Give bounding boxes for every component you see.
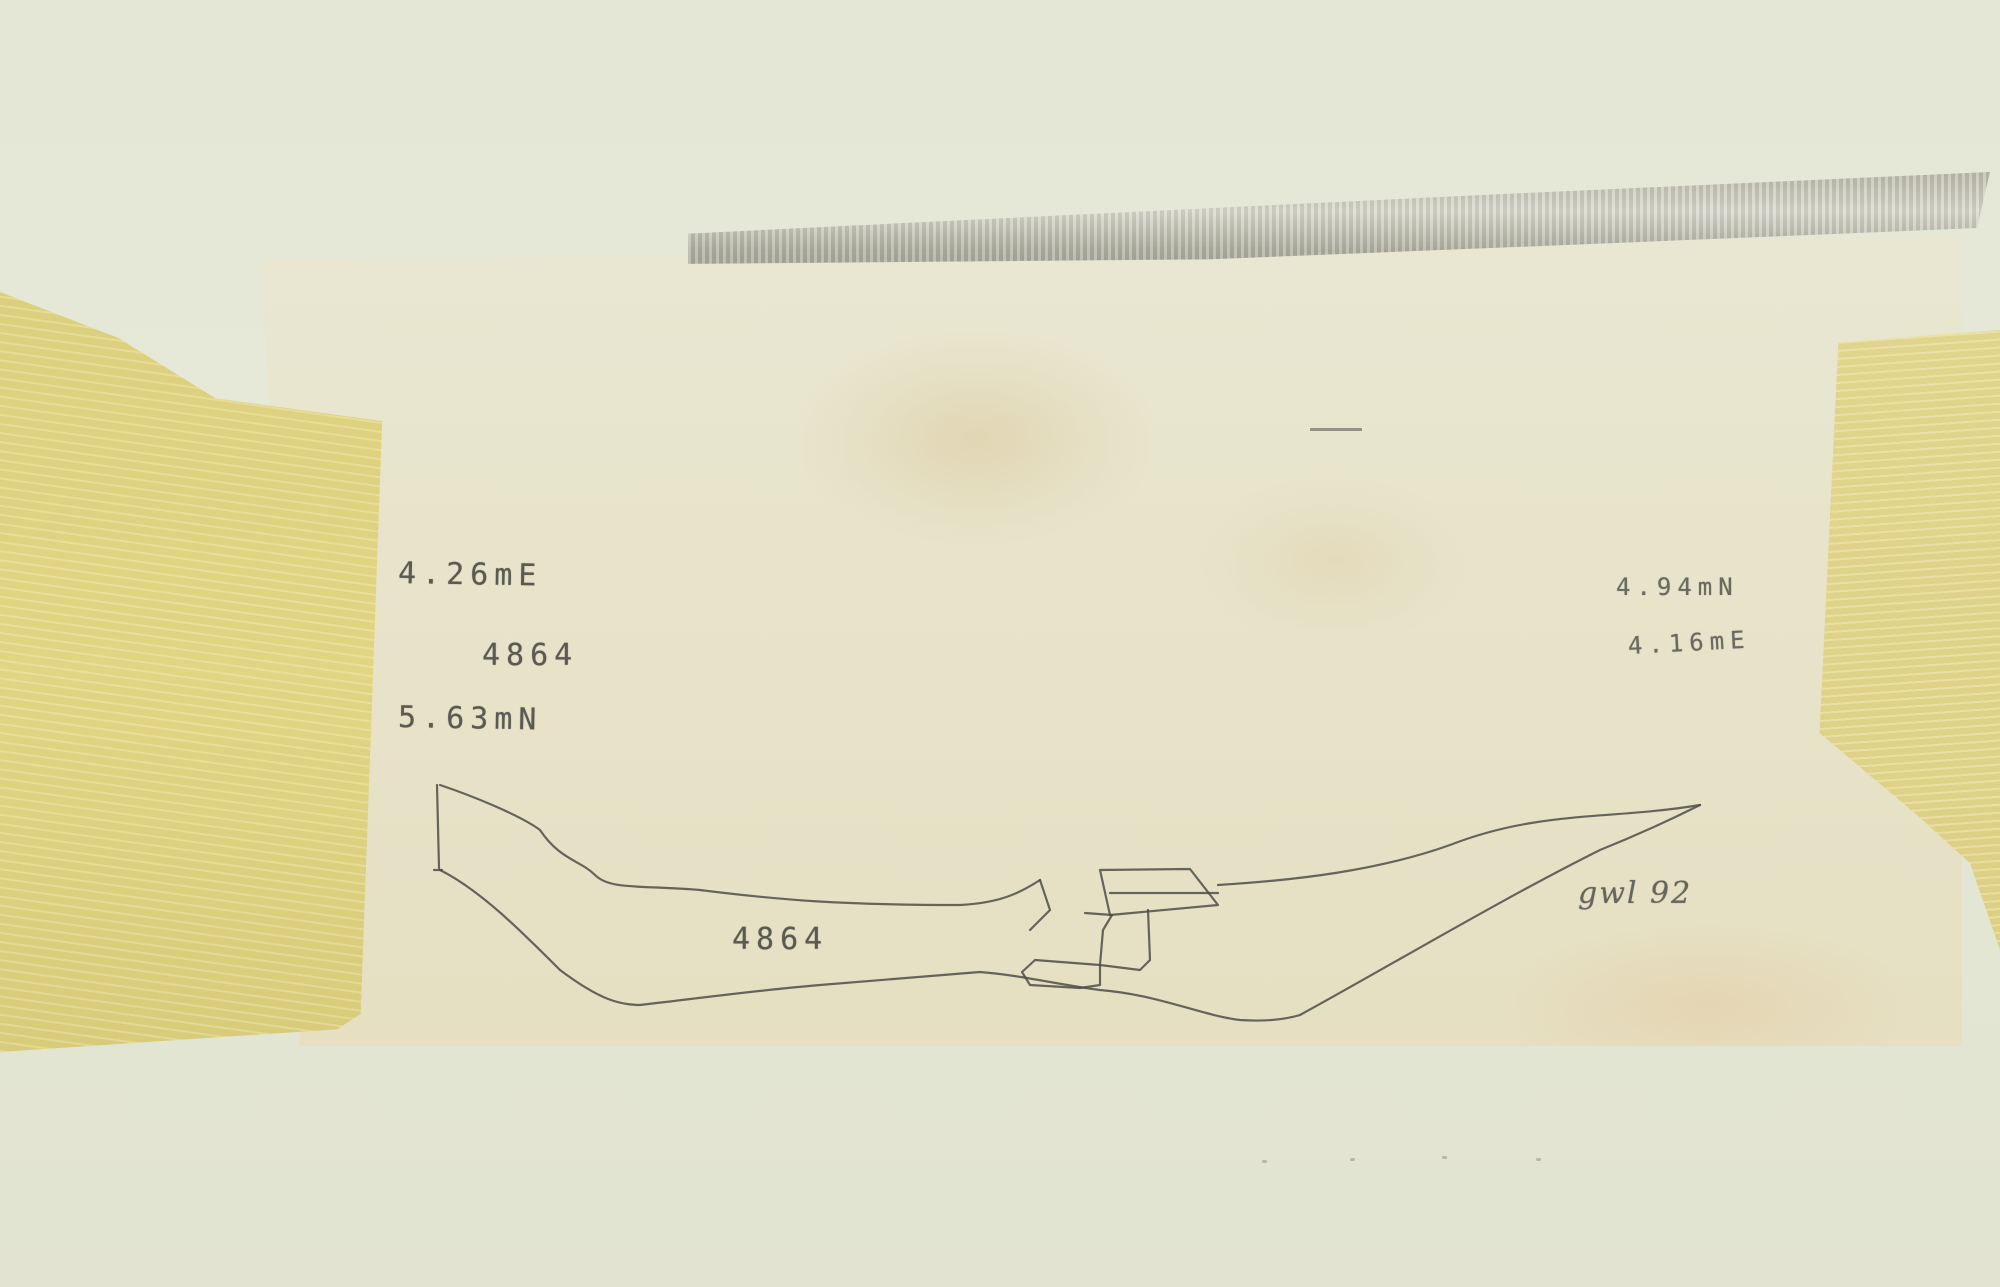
pencil-dash-mark <box>1310 428 1362 431</box>
section-context-label: 4864 <box>732 922 828 957</box>
left-coordinate-east: 4.26mE <box>398 556 543 594</box>
right-coordinate-north: 4.94mN <box>1616 573 1739 601</box>
drafter-initials: gwl 92 <box>1578 876 1692 911</box>
left-coordinate-north: 5.63mN <box>398 700 543 738</box>
left-context-number: 4864 <box>482 638 578 673</box>
